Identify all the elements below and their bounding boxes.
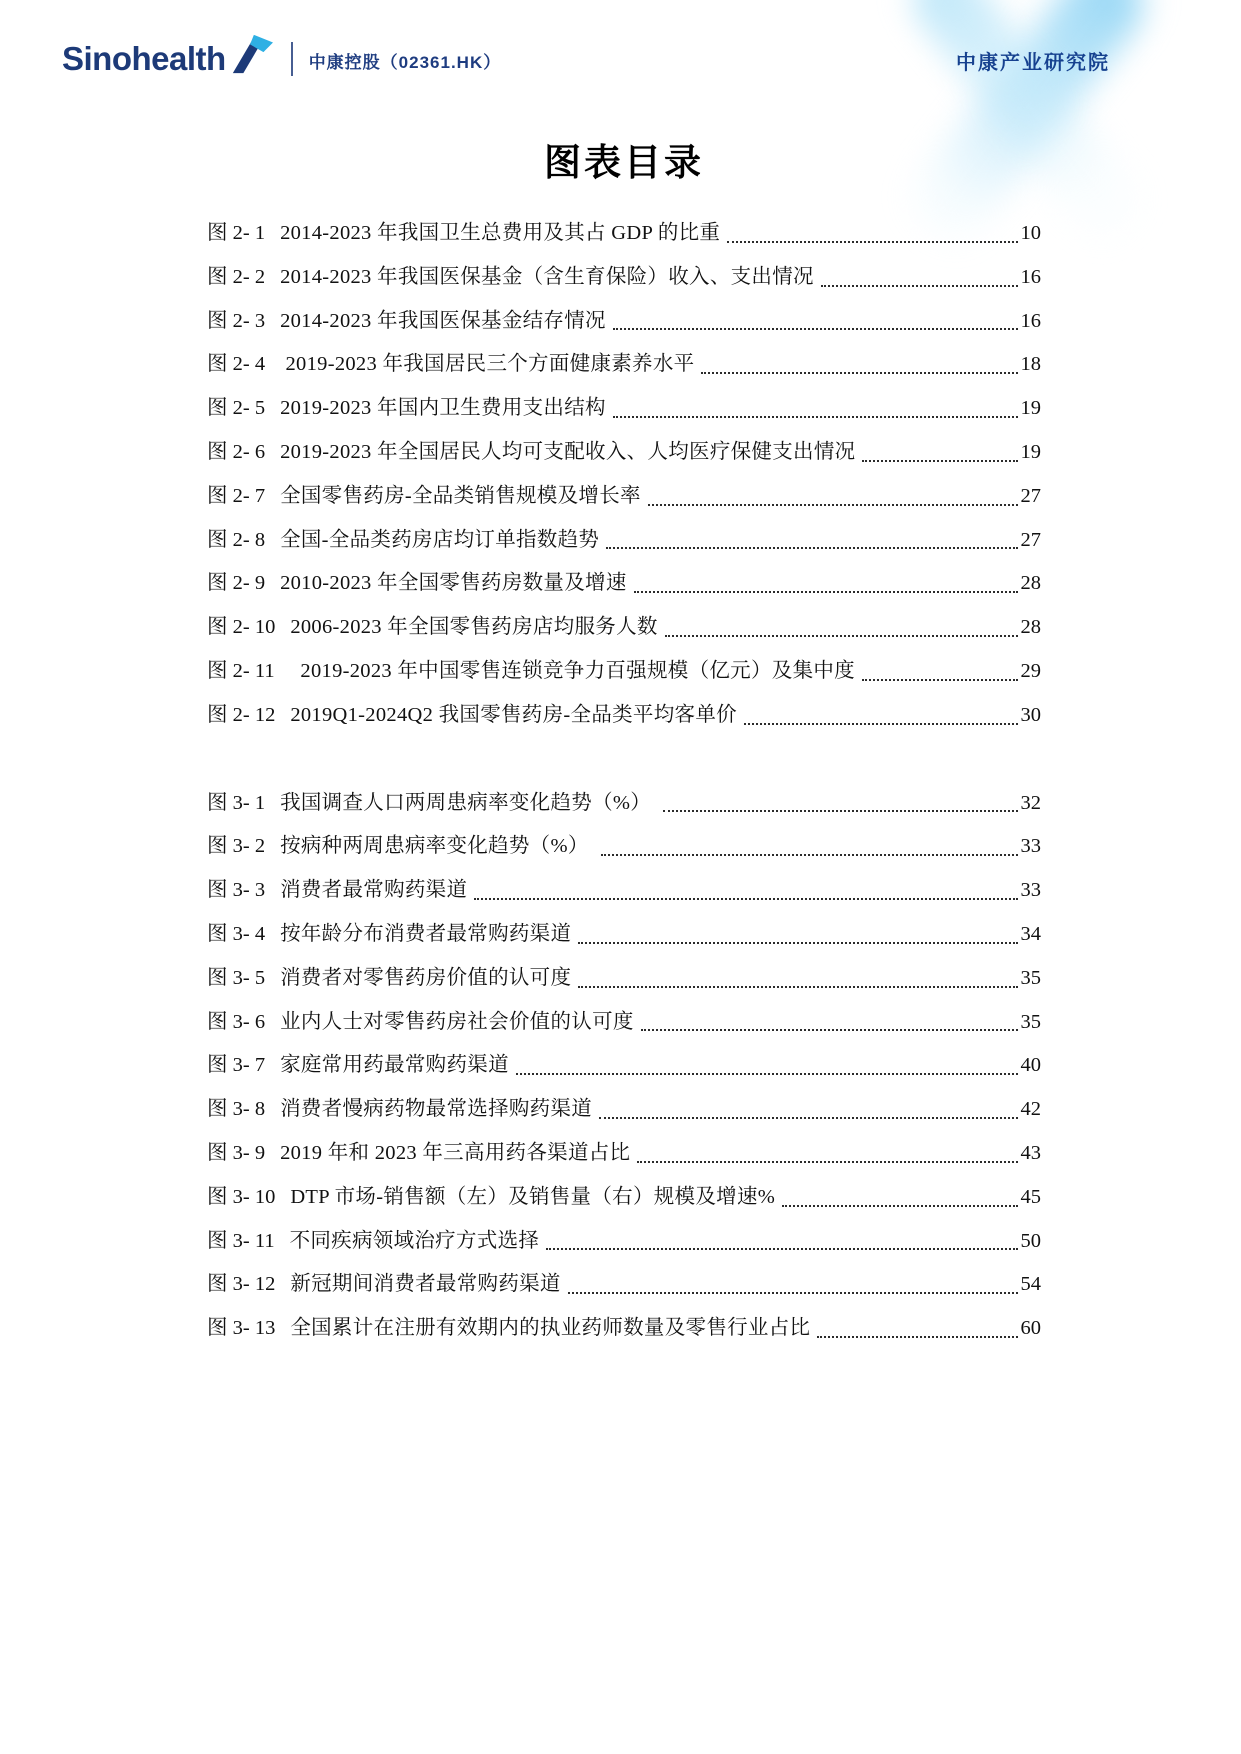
sinohealth-logo-mark-icon <box>229 34 273 79</box>
toc-entry-label: 图 3- 13 <box>207 1307 275 1351</box>
toc-dot-leader <box>782 1205 1017 1207</box>
toc-entry[interactable]: 图 3- 9 2019 年和 2023 年三高用药各渠道占比 43 <box>207 1132 1041 1176</box>
toc-entry-label: 图 3- 3 <box>207 869 265 913</box>
toc-entry-page: 40 <box>1021 1044 1042 1088</box>
toc-entry-page: 42 <box>1021 1088 1042 1132</box>
toc-entry-title: 我国调查人口两周患病率变化趋势（%） <box>280 782 656 826</box>
figure-toc: 图 2- 1 2014-2023 年我国卫生总费用及其占 GDP 的比重 10 … <box>207 212 1041 1351</box>
toc-entry-label: 图 2- 11 <box>207 650 275 694</box>
toc-entry[interactable]: 图 3- 2 按病种两周患病率变化趋势（%） 33 <box>207 825 1041 869</box>
header-divider <box>291 42 293 76</box>
toc-entry[interactable]: 图 3- 8 消费者慢病药物最常选择购药渠道 42 <box>207 1088 1041 1132</box>
toc-entry[interactable]: 图 3- 13 全国累计在注册有效期内的执业药师数量及零售行业占比 60 <box>207 1307 1041 1351</box>
toc-dot-leader <box>606 547 1017 549</box>
toc-entry-label: 图 2- 6 <box>207 431 265 475</box>
toc-entry[interactable]: 图 2- 11 2019-2023 年中国零售连锁竞争力百强规模（亿元）及集中度… <box>207 650 1041 694</box>
toc-dot-leader <box>613 328 1018 330</box>
institute-name: 中康产业研究院 <box>956 46 1110 75</box>
toc-entry-title: 2010-2023 年全国零售药房数量及增速 <box>280 562 627 606</box>
toc-entry-title: 全国-全品类药房店均订单指数趋势 <box>280 519 599 563</box>
toc-entry-title: 家庭常用药最常购药渠道 <box>280 1044 509 1088</box>
toc-entry-page: 33 <box>1021 869 1042 913</box>
toc-entry-title: 按年龄分布消费者最常购药渠道 <box>280 913 571 957</box>
toc-entry-page: 27 <box>1021 519 1042 563</box>
toc-dot-leader <box>637 1161 1017 1163</box>
toc-entry[interactable]: 图 2- 3 2014-2023 年我国医保基金结存情况 16 <box>207 300 1041 344</box>
toc-entry-title: 2006-2023 年全国零售药房店均服务人数 <box>290 606 657 650</box>
sinohealth-logo: Sinohealth <box>62 40 226 78</box>
toc-entry-title: 消费者对零售药房价值的认可度 <box>280 957 571 1001</box>
toc-dot-leader <box>821 285 1018 287</box>
toc-entry-page: 16 <box>1021 300 1042 344</box>
toc-entry[interactable]: 图 3- 1 我国调查人口两周患病率变化趋势（%） 32 <box>207 782 1041 826</box>
toc-entry-page: 45 <box>1021 1176 1042 1220</box>
toc-entry-page: 19 <box>1021 387 1042 431</box>
toc-dot-leader <box>648 504 1018 506</box>
toc-entry-label: 图 2- 4 <box>207 343 265 387</box>
toc-entry-label: 图 3- 6 <box>207 1001 265 1045</box>
toc-entry-label: 图 3- 5 <box>207 957 265 1001</box>
toc-entry-label: 图 3- 7 <box>207 1044 265 1088</box>
toc-entry-label: 图 3- 12 <box>207 1263 275 1307</box>
toc-entry-page: 33 <box>1021 825 1042 869</box>
chevron-watermark-bar <box>899 0 1151 248</box>
toc-dot-leader <box>641 1029 1018 1031</box>
toc-entry-title: 业内人士对零售药房社会价值的认可度 <box>280 1001 634 1045</box>
toc-entry[interactable]: 图 2- 4 2019-2023 年我国居民三个方面健康素养水平 18 <box>207 343 1041 387</box>
toc-entry[interactable]: 图 3- 3 消费者最常购药渠道 33 <box>207 869 1041 913</box>
toc-entry-page: 19 <box>1021 431 1042 475</box>
toc-entry-label: 图 3- 11 <box>207 1220 275 1264</box>
toc-entry-label: 图 3- 10 <box>207 1176 275 1220</box>
toc-dot-leader <box>613 416 1018 418</box>
toc-entry[interactable]: 图 2- 2 2014-2023 年我国医保基金（含生育保险）收入、支出情况 1… <box>207 256 1041 300</box>
toc-entry-title: 2019-2023 年我国居民三个方面健康素养水平 <box>280 343 694 387</box>
toc-entry-page: 35 <box>1021 957 1042 1001</box>
toc-entry-page: 50 <box>1021 1220 1042 1264</box>
toc-entry-label: 图 2- 10 <box>207 606 275 650</box>
toc-entry-label: 图 2- 7 <box>207 475 265 519</box>
toc-entry[interactable]: 图 3- 5 消费者对零售药房价值的认可度 35 <box>207 957 1041 1001</box>
toc-dot-leader <box>727 241 1017 243</box>
toc-entry-label: 图 2- 12 <box>207 694 275 738</box>
toc-entry-label: 图 2- 5 <box>207 387 265 431</box>
chapter-2-figures: 图 2- 1 2014-2023 年我国卫生总费用及其占 GDP 的比重 10 … <box>207 212 1041 738</box>
toc-dot-leader <box>546 1248 1017 1250</box>
toc-entry[interactable]: 图 2- 1 2014-2023 年我国卫生总费用及其占 GDP 的比重 10 <box>207 212 1041 256</box>
toc-entry[interactable]: 图 2- 5 2019-2023 年国内卫生费用支出结构 19 <box>207 387 1041 431</box>
toc-entry-page: 16 <box>1021 256 1042 300</box>
toc-entry-label: 图 3- 9 <box>207 1132 265 1176</box>
toc-entry[interactable]: 图 2- 7 全国零售药房-全品类销售规模及增长率 27 <box>207 475 1041 519</box>
toc-entry-title: 消费者慢病药物最常选择购药渠道 <box>280 1088 592 1132</box>
toc-entry-page: 10 <box>1021 212 1042 256</box>
toc-entry[interactable]: 图 2- 6 2019-2023 年全国居民人均可支配收入、人均医疗保健支出情况… <box>207 431 1041 475</box>
toc-entry-title: 不同疾病领域治疗方式选择 <box>290 1220 540 1264</box>
toc-entry[interactable]: 图 2- 8 全国-全品类药房店均订单指数趋势 27 <box>207 519 1041 563</box>
toc-entry-page: 30 <box>1021 694 1042 738</box>
toc-dot-leader <box>578 986 1017 988</box>
toc-entry-page: 27 <box>1021 475 1042 519</box>
toc-entry-title: 2014-2023 年我国卫生总费用及其占 GDP 的比重 <box>280 212 720 256</box>
toc-entry-label: 图 3- 8 <box>207 1088 265 1132</box>
toc-dot-leader <box>578 942 1017 944</box>
toc-entry-label: 图 2- 3 <box>207 300 265 344</box>
toc-entry-title: 2019-2023 年全国居民人均可支配收入、人均医疗保健支出情况 <box>280 431 855 475</box>
toc-entry-label: 图 2- 8 <box>207 519 265 563</box>
toc-dot-leader <box>817 1336 1017 1338</box>
toc-dot-leader <box>634 591 1018 593</box>
toc-entry-page: 35 <box>1021 1001 1042 1045</box>
toc-entry-label: 图 2- 9 <box>207 562 265 606</box>
toc-entry[interactable]: 图 3- 10 DTP 市场-销售额（左）及销售量（右）规模及增速% 45 <box>207 1176 1041 1220</box>
toc-entry-title: 2019Q1-2024Q2 我国零售药房-全品类平均客单价 <box>290 694 737 738</box>
toc-entry-title: 2019-2023 年国内卫生费用支出结构 <box>280 387 606 431</box>
toc-dot-leader <box>516 1073 1018 1075</box>
toc-entry[interactable]: 图 2- 9 2010-2023 年全国零售药房数量及增速 28 <box>207 562 1041 606</box>
toc-entry-title: 2019 年和 2023 年三高用药各渠道占比 <box>280 1132 630 1176</box>
toc-entry-title: DTP 市场-销售额（左）及销售量（右）规模及增速% <box>290 1176 775 1220</box>
toc-entry-page: 34 <box>1021 913 1042 957</box>
toc-dot-leader <box>601 854 1017 856</box>
toc-dot-leader <box>663 810 1017 812</box>
toc-entry-title: 2014-2023 年我国医保基金（含生育保险）收入、支出情况 <box>280 256 814 300</box>
toc-entry-label: 图 3- 4 <box>207 913 265 957</box>
toc-entry-title: 全国零售药房-全品类销售规模及增长率 <box>280 475 641 519</box>
toc-entry[interactable]: 图 3- 4 按年龄分布消费者最常购药渠道 34 <box>207 913 1041 957</box>
toc-entry-page: 29 <box>1021 650 1042 694</box>
toc-dot-leader <box>665 635 1018 637</box>
toc-dot-leader <box>568 1292 1018 1294</box>
toc-entry-title: 消费者最常购药渠道 <box>280 869 467 913</box>
toc-dot-leader <box>744 723 1018 725</box>
toc-entry[interactable]: 图 3- 7 家庭常用药最常购药渠道 40 <box>207 1044 1041 1088</box>
toc-entry-page: 43 <box>1021 1132 1042 1176</box>
toc-entry-label: 图 2- 1 <box>207 212 265 256</box>
chapter-3-figures: 图 3- 1 我国调查人口两周患病率变化趋势（%） 32 图 3- 2 按病种两… <box>207 782 1041 1351</box>
page-header-left: Sinohealth 中康控股（02361.HK） <box>62 36 501 81</box>
toc-entry-page: 60 <box>1021 1307 1042 1351</box>
toc-entry-label: 图 3- 2 <box>207 825 265 869</box>
toc-entry-page: 28 <box>1021 606 1042 650</box>
toc-entry-page: 28 <box>1021 562 1042 606</box>
toc-entry[interactable]: 图 2- 10 2006-2023 年全国零售药房店均服务人数 28 <box>207 606 1041 650</box>
toc-entry[interactable]: 图 3- 12 新冠期间消费者最常购药渠道 54 <box>207 1263 1041 1307</box>
toc-entry-title: 按病种两周患病率变化趋势（%） <box>280 825 594 869</box>
toc-entry-label: 图 2- 2 <box>207 256 265 300</box>
toc-dot-leader <box>701 372 1017 374</box>
page-title: 图表目录 <box>207 132 1041 186</box>
toc-entry-title: 新冠期间消费者最常购药渠道 <box>290 1263 560 1307</box>
toc-entry[interactable]: 图 3- 6 业内人士对零售药房社会价值的认可度 35 <box>207 1001 1041 1045</box>
toc-entry-title: 全国累计在注册有效期内的执业药师数量及零售行业占比 <box>290 1307 810 1351</box>
toc-dot-leader <box>474 898 1017 900</box>
toc-entry-page: 32 <box>1021 782 1042 826</box>
toc-entry-page: 18 <box>1021 343 1042 387</box>
toc-entry-title: 2019-2023 年中国零售连锁竞争力百强规模（亿元）及集中度 <box>290 650 855 694</box>
toc-entry-page: 54 <box>1021 1263 1042 1307</box>
toc-entry[interactable]: 图 3- 11 不同疾病领域治疗方式选择 50 <box>207 1220 1041 1264</box>
toc-entry[interactable]: 图 2- 12 2019Q1-2024Q2 我国零售药房-全品类平均客单价 30 <box>207 694 1041 738</box>
company-name: 中康控股（02361.HK） <box>309 48 502 73</box>
toc-dot-leader <box>862 679 1018 681</box>
toc-dot-leader <box>599 1117 1017 1119</box>
toc-entry-label: 图 3- 1 <box>207 782 265 826</box>
toc-entry-title: 2014-2023 年我国医保基金结存情况 <box>280 300 606 344</box>
toc-dot-leader <box>862 460 1017 462</box>
